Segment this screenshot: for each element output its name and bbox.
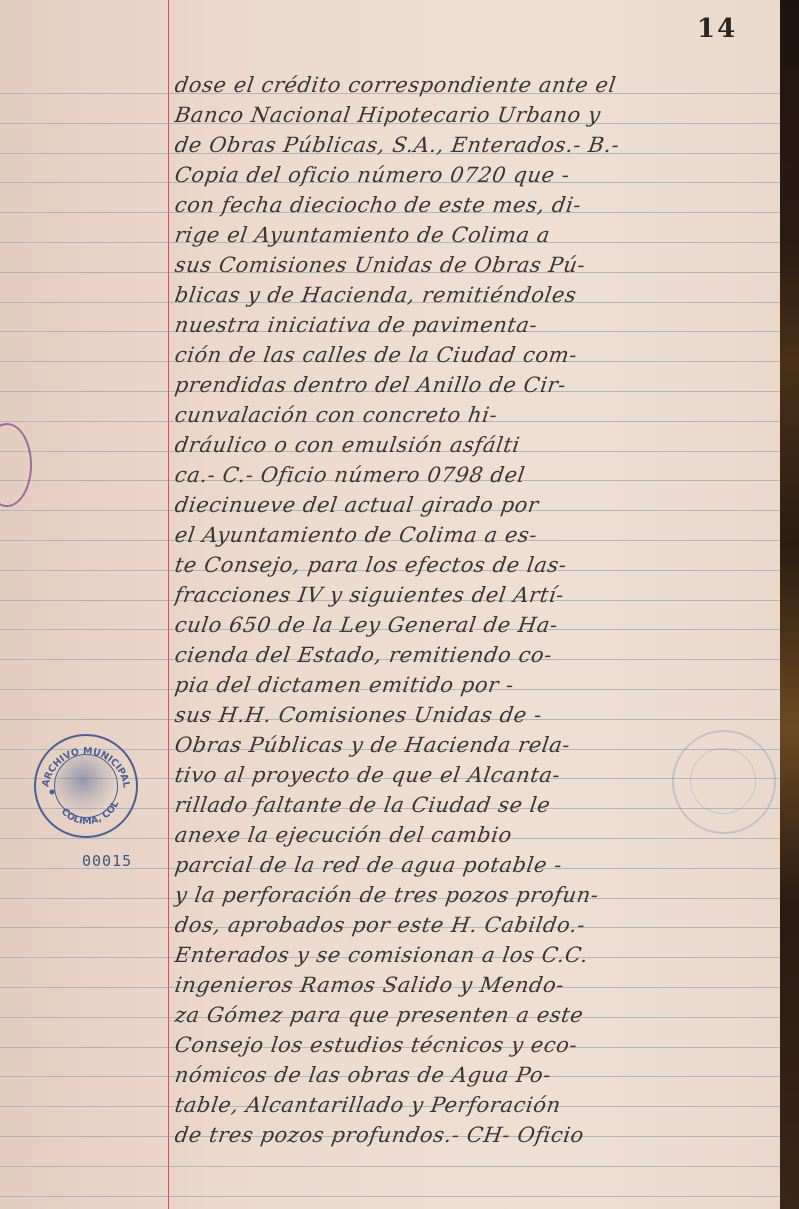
- text-line: nómicos de las obras de Agua Po-: [173, 1060, 777, 1090]
- text-line: nuestra iniciativa de pavimenta-: [173, 310, 777, 340]
- stamp-text-ring: ARCHIVO MUNICIPAL COLIMA, COL.: [34, 734, 138, 838]
- text-line: ción de las calles de la Ciudad com-: [173, 340, 777, 370]
- text-line: culo 650 de la Ley General de Ha-: [173, 610, 777, 640]
- text-line: table, Alcantarillado y Perforación: [173, 1090, 777, 1120]
- handwritten-text: dose el crédito correspondiente ante el …: [175, 70, 775, 1150]
- red-margin-line: [168, 0, 169, 1209]
- text-line: dos, aprobados por este H. Cabildo.-: [173, 910, 777, 940]
- text-line: ingenieros Ramos Salido y Mendo-: [173, 970, 777, 1000]
- text-line: tivo al proyecto de que el Alcanta-: [173, 760, 777, 790]
- text-line: de Obras Públicas, S.A., Enterados.- B.-: [173, 130, 777, 160]
- text-line: de tres pozos profundos.- CH- Oficio: [173, 1120, 777, 1150]
- text-line: dráulico o con emulsión asfálti: [173, 430, 777, 460]
- text-line: y la perforación de tres pozos profun-: [173, 880, 777, 910]
- text-line: za Gómez para que presenten a este: [173, 1000, 777, 1030]
- text-line: dose el crédito correspondiente ante el: [173, 70, 777, 100]
- text-line: rillado faltante de la Ciudad se le: [173, 790, 777, 820]
- text-line: te Consejo, para los efectos de las-: [173, 550, 777, 580]
- archive-stamp-icon: ARCHIVO MUNICIPAL COLIMA, COL.: [34, 734, 138, 838]
- text-line: ca.- C.- Oficio número 0798 del: [173, 460, 777, 490]
- text-line: Banco Nacional Hipotecario Urbano y: [173, 100, 777, 130]
- svg-text:ARCHIVO MUNICIPAL: ARCHIVO MUNICIPAL: [40, 746, 131, 789]
- text-line: cienda del Estado, remitiendo co-: [173, 640, 777, 670]
- text-line: diecinueve del actual girado por: [173, 490, 777, 520]
- text-line: blicas y de Hacienda, remitiéndoles: [173, 280, 777, 310]
- text-line: cunvalación con concreto hi-: [173, 400, 777, 430]
- text-line: fracciones IV y siguientes del Artí-: [173, 580, 777, 610]
- text-line: Obras Públicas y de Hacienda rela-: [173, 730, 777, 760]
- folio-number: 00015: [82, 852, 132, 870]
- text-line: Copia del oficio número 0720 que -: [173, 160, 777, 190]
- text-line: anexe la ejecución del cambio: [173, 820, 777, 850]
- text-line: prendidas dentro del Anillo de Cir-: [173, 370, 777, 400]
- text-line: sus Comisiones Unidas de Obras Pú-: [173, 250, 777, 280]
- text-line: Enterados y se comisionan a los C.C.: [173, 940, 777, 970]
- text-line: el Ayuntamiento de Colima a es-: [173, 520, 777, 550]
- ruled-line: [0, 1166, 780, 1167]
- text-line: rige el Ayuntamiento de Colima a: [173, 220, 777, 250]
- text-line: Consejo los estudios técnicos y eco-: [173, 1030, 777, 1060]
- ledger-page: 14 ARCHIVO MUNICIPAL COLIMA, COL. 00015 …: [0, 0, 780, 1209]
- book-spine: [780, 0, 799, 1209]
- page-number: 14: [697, 14, 737, 44]
- text-line: pia del dictamen emitido por -: [173, 670, 777, 700]
- text-line: parcial de la red de agua potable -: [173, 850, 777, 880]
- stamp-top-text: ARCHIVO MUNICIPAL: [40, 746, 131, 789]
- text-line: con fecha dieciocho de este mes, di-: [173, 190, 777, 220]
- ruled-line: [0, 1196, 780, 1197]
- text-line: sus H.H. Comisiones Unidas de -: [173, 700, 777, 730]
